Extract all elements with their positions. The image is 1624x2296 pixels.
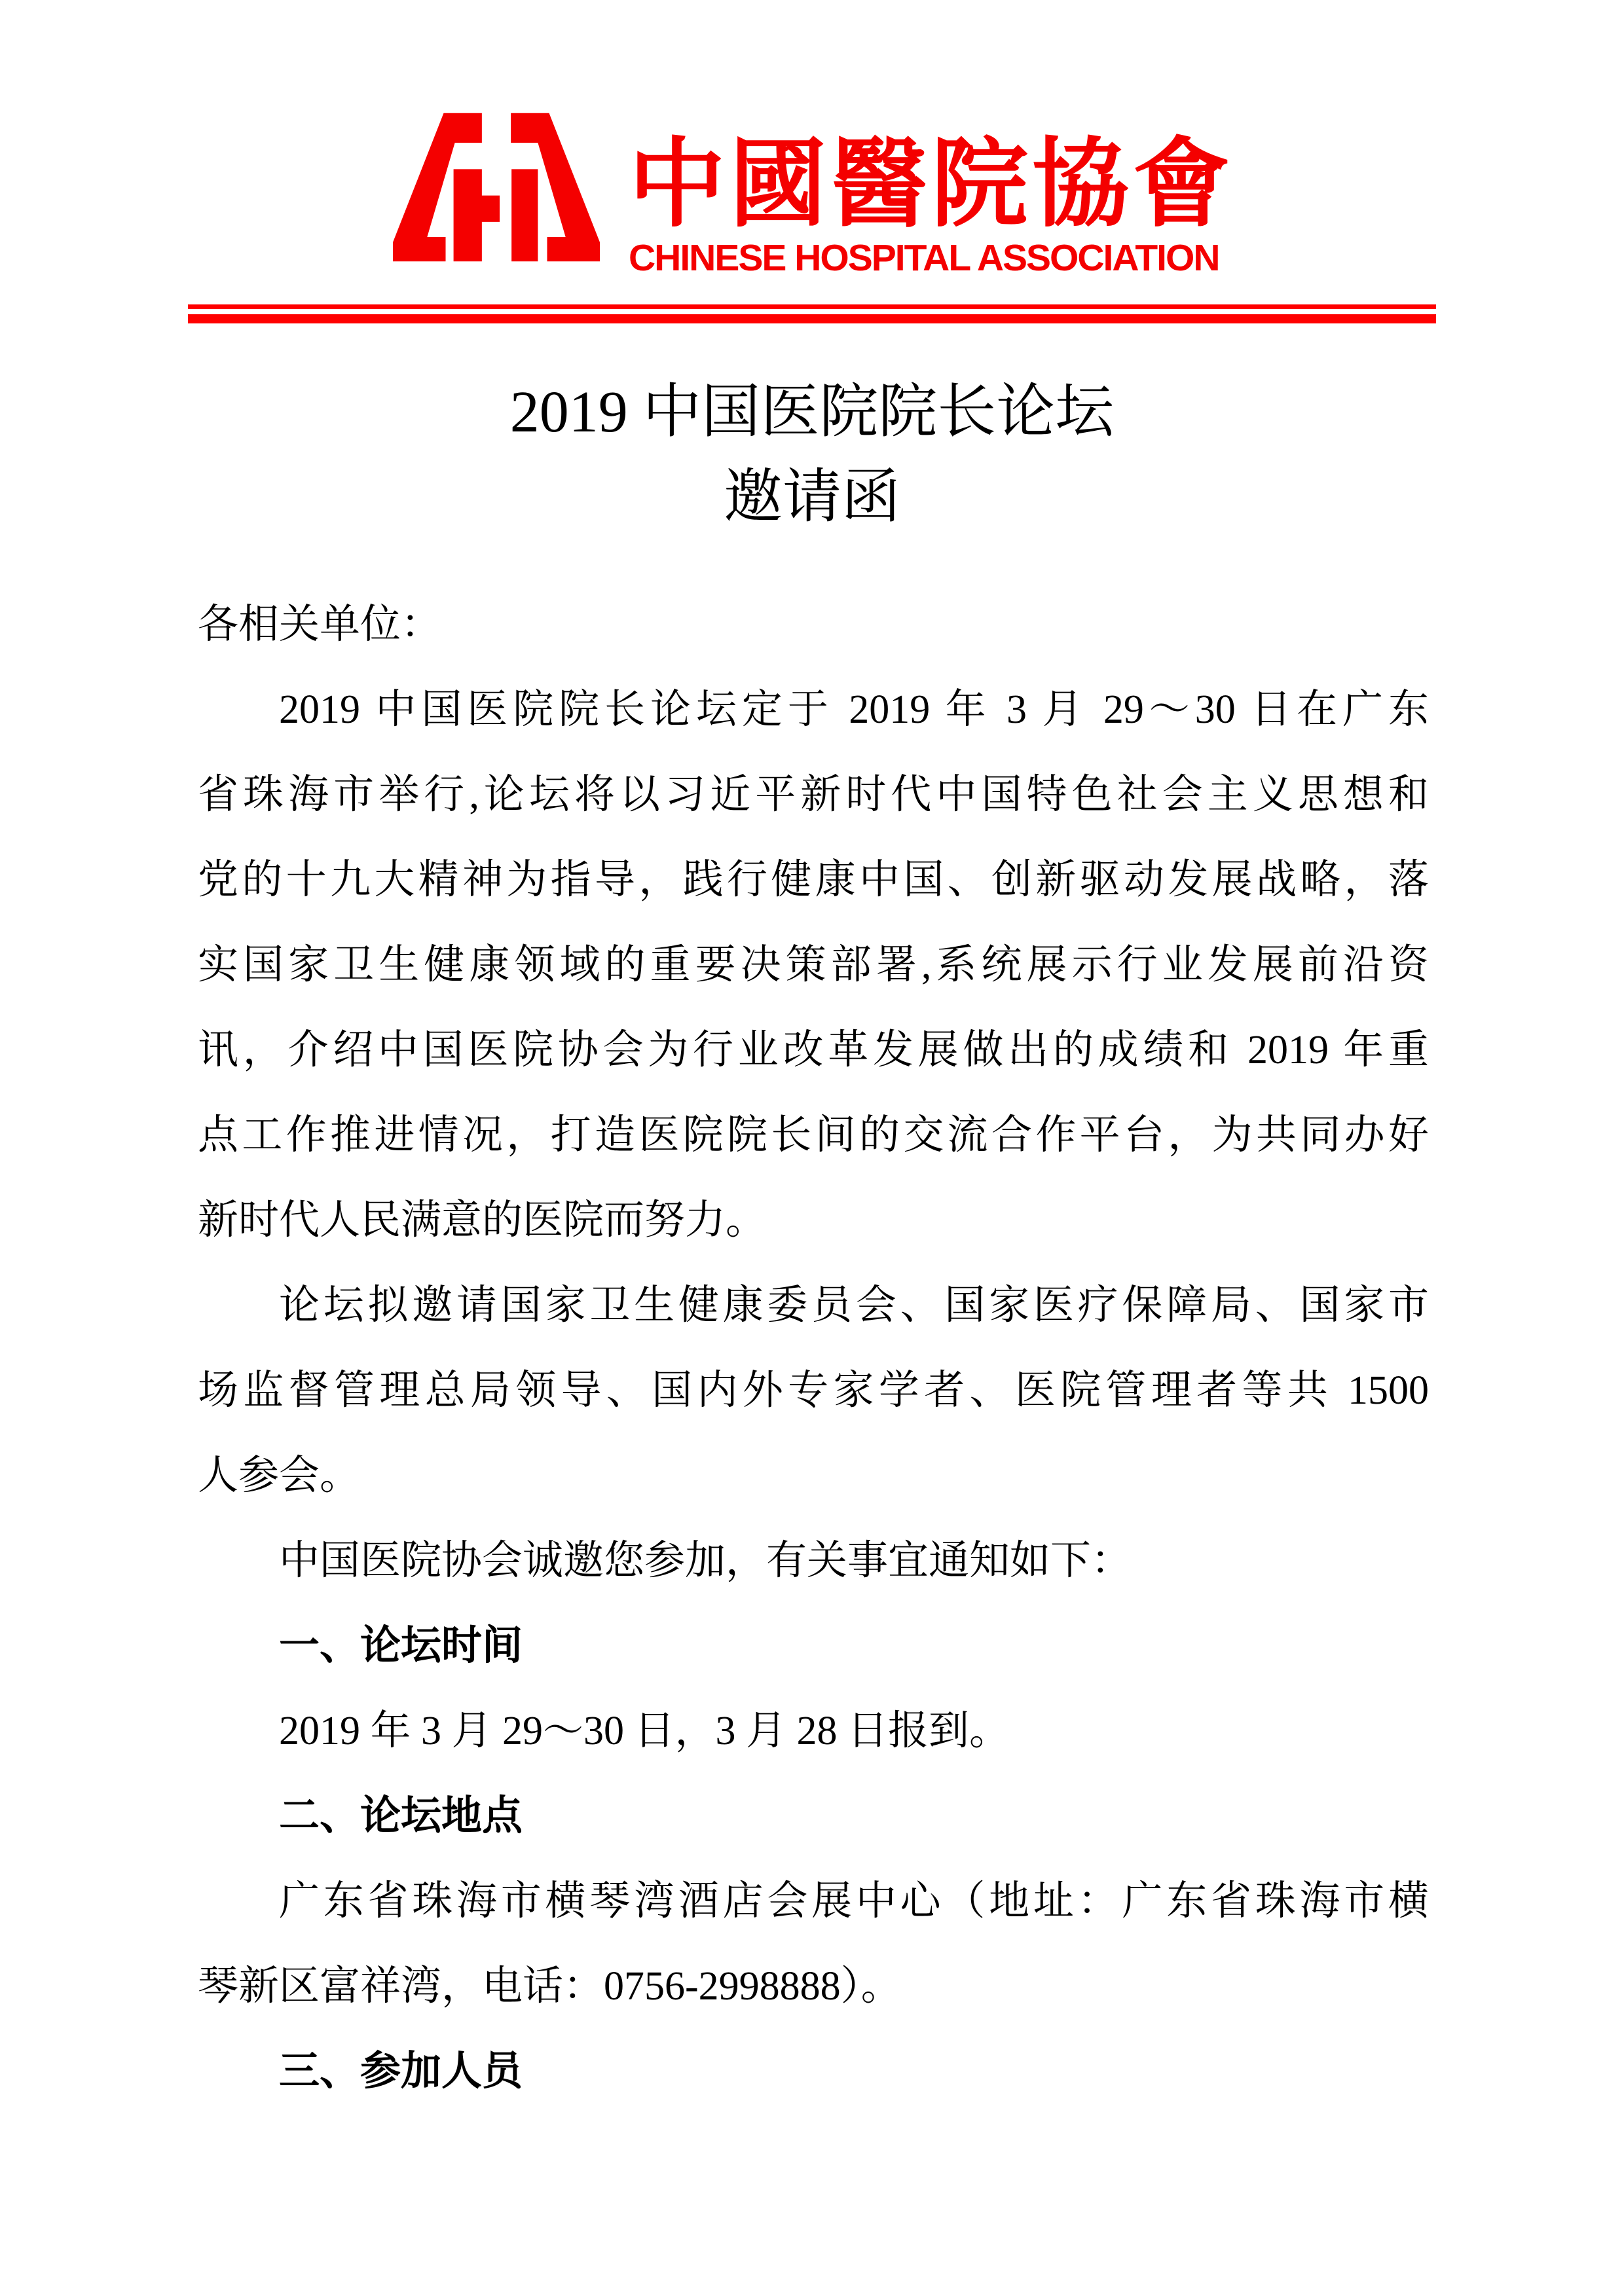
- rule-thin-line: [188, 304, 1436, 309]
- forum-place-text: 广东省珠海市横琴湾酒店会展中心（地址：广东省珠海市横: [198, 1859, 1429, 1944]
- body-line: 2019 中国医院院长论坛定于 2019 年 3 月 29～30 日在广东: [198, 667, 1429, 752]
- rule-thick-line: [188, 314, 1436, 323]
- rule-gap: [188, 309, 1436, 314]
- title-block: 2019 中国医院院长论坛 邀请函: [0, 370, 1624, 540]
- section-heading-time: 一、论坛时间: [198, 1603, 1429, 1688]
- logo: 中國醫院協會 CHINESE HOSPITAL ASSOCIATION: [393, 113, 1234, 277]
- logo-chinese-calligraphy: 中國醫院協會: [629, 136, 1234, 234]
- document-page: 中國醫院協會 CHINESE HOSPITAL ASSOCIATION 2019…: [0, 0, 1624, 2296]
- body-line: 点工作推进情况，打造医院院长间的交流合作平台，为共同办好: [198, 1093, 1429, 1178]
- cha-logo-mark-icon: [393, 113, 600, 262]
- body-line: 人参会。: [198, 1433, 1429, 1518]
- salutation: 各相关单位：: [198, 582, 1429, 667]
- logo-english-name: CHINESE HOSPITAL ASSOCIATION: [629, 240, 1219, 277]
- letter-body: 各相关单位： 2019 中国医院院长论坛定于 2019 年 3 月 29～30 …: [198, 582, 1429, 2114]
- body-line: 省珠海市举行,论坛将以习近平新时代中国特色社会主义思想和: [198, 752, 1429, 837]
- forum-place-text: 琴新区富祥湾，电话：0756-2998888）。: [198, 1944, 1429, 2029]
- section-heading-place: 二、论坛地点: [198, 1774, 1429, 1859]
- body-line: 实国家卫生健康领域的重要决策部署,系统展示行业发展前沿资: [198, 922, 1429, 1008]
- body-line: 论坛拟邀请国家卫生健康委员会、国家医疗保障局、国家市: [198, 1263, 1429, 1348]
- double-red-rule: [188, 304, 1436, 323]
- body-line: 新时代人民满意的医院而努力。: [198, 1178, 1429, 1263]
- document-title: 2019 中国医院院长论坛: [0, 370, 1624, 455]
- document-subtitle: 邀请函: [0, 455, 1624, 540]
- section-heading-participants: 三、参加人员: [198, 2029, 1429, 2114]
- body-line: 中国医院协会诚邀您参加，有关事宜通知如下：: [198, 1518, 1429, 1603]
- body-line: 党的十九大精神为指导，践行健康中国、创新驱动发展战略，落: [198, 837, 1429, 922]
- body-line: 讯，介绍中国医院协会为行业改革发展做出的成绩和 2019 年重: [198, 1008, 1429, 1093]
- logo-text-column: 中國醫院協會 CHINESE HOSPITAL ASSOCIATION: [629, 113, 1234, 277]
- forum-time-text: 2019 年 3 月 29～30 日，3 月 28 日报到。: [198, 1688, 1429, 1774]
- body-line: 场监督管理总局领导、国内外专家学者、医院管理者等共 1500: [198, 1348, 1429, 1433]
